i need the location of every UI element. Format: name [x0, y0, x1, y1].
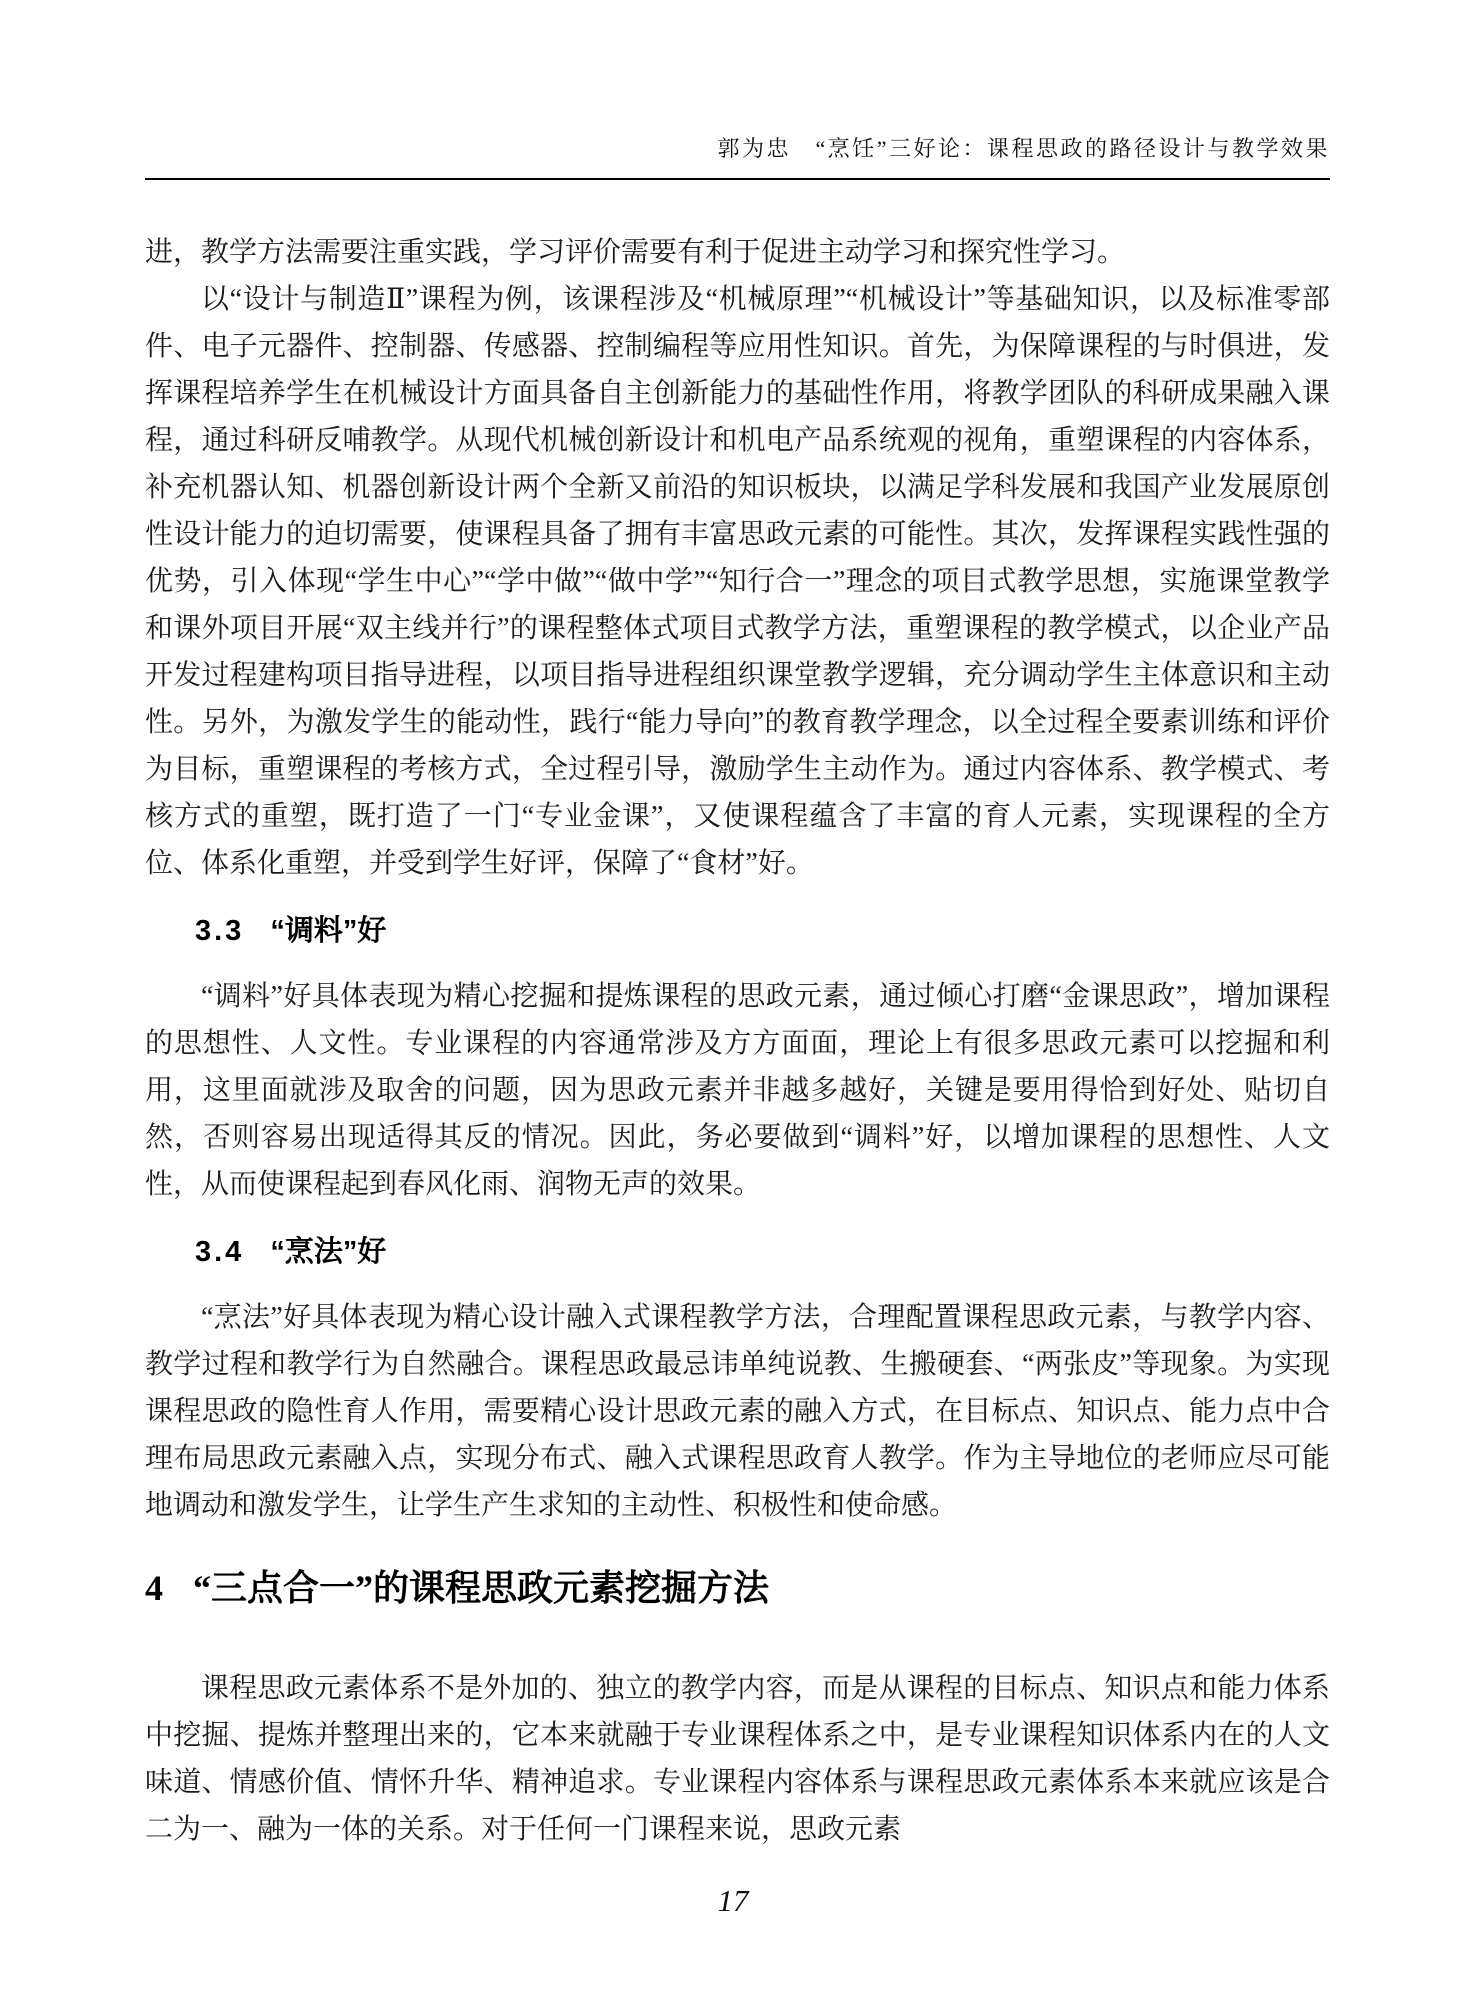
heading-4: 4“三点合一”的课程思政元素挖掘方法	[145, 1563, 1330, 1613]
paragraph-tiaoliao: “调料”好具体表现为精心挖掘和提炼课程的思政元素，通过倾心打磨“金课思政”，增加…	[145, 973, 1330, 1208]
paragraph-course-example: 以“设计与制造Ⅱ”课程为例，该课程涉及“机械原理”“机械设计”等基础知识，以及标…	[145, 276, 1330, 887]
page-number: 17	[0, 1883, 1466, 1919]
heading-4-number: 4	[145, 1568, 163, 1608]
heading-3-3: 3.3“调料”好	[145, 911, 1330, 951]
heading-4-title: “三点合一”的课程思政元素挖掘方法	[193, 1568, 769, 1608]
paragraph-pengfa: “烹法”好具体表现为精心设计融入式课程教学方法，合理配置课程思政元素，与教学内容…	[145, 1294, 1330, 1529]
page-body: 进，教学方法需要注重实践，学习评价需要有利于促进主动学习和探究性学习。 以“设计…	[145, 229, 1330, 1853]
heading-3-4-number: 3.4	[195, 1236, 244, 1268]
header-rule	[145, 178, 1330, 180]
paragraph-intro-continuation: 进，教学方法需要注重实践，学习评价需要有利于促进主动学习和探究性学习。	[145, 229, 1330, 276]
heading-3-3-title: “调料”好	[270, 915, 386, 947]
heading-3-3-number: 3.3	[195, 915, 244, 947]
heading-3-4-title: “烹法”好	[270, 1236, 386, 1268]
document-page: 郭为忠 “烹饪”三好论：课程思政的路径设计与教学效果 进，教学方法需要注重实践，…	[0, 0, 1466, 2011]
running-header: 郭为忠 “烹饪”三好论：课程思政的路径设计与教学效果	[145, 132, 1330, 163]
running-header-text: 郭为忠 “烹饪”三好论：课程思政的路径设计与教学效果	[717, 136, 1330, 161]
heading-3-4: 3.4“烹法”好	[145, 1232, 1330, 1272]
paragraph-section4: 课程思政元素体系不是外加的、独立的教学内容，而是从课程的目标点、知识点和能力体系…	[145, 1665, 1330, 1853]
